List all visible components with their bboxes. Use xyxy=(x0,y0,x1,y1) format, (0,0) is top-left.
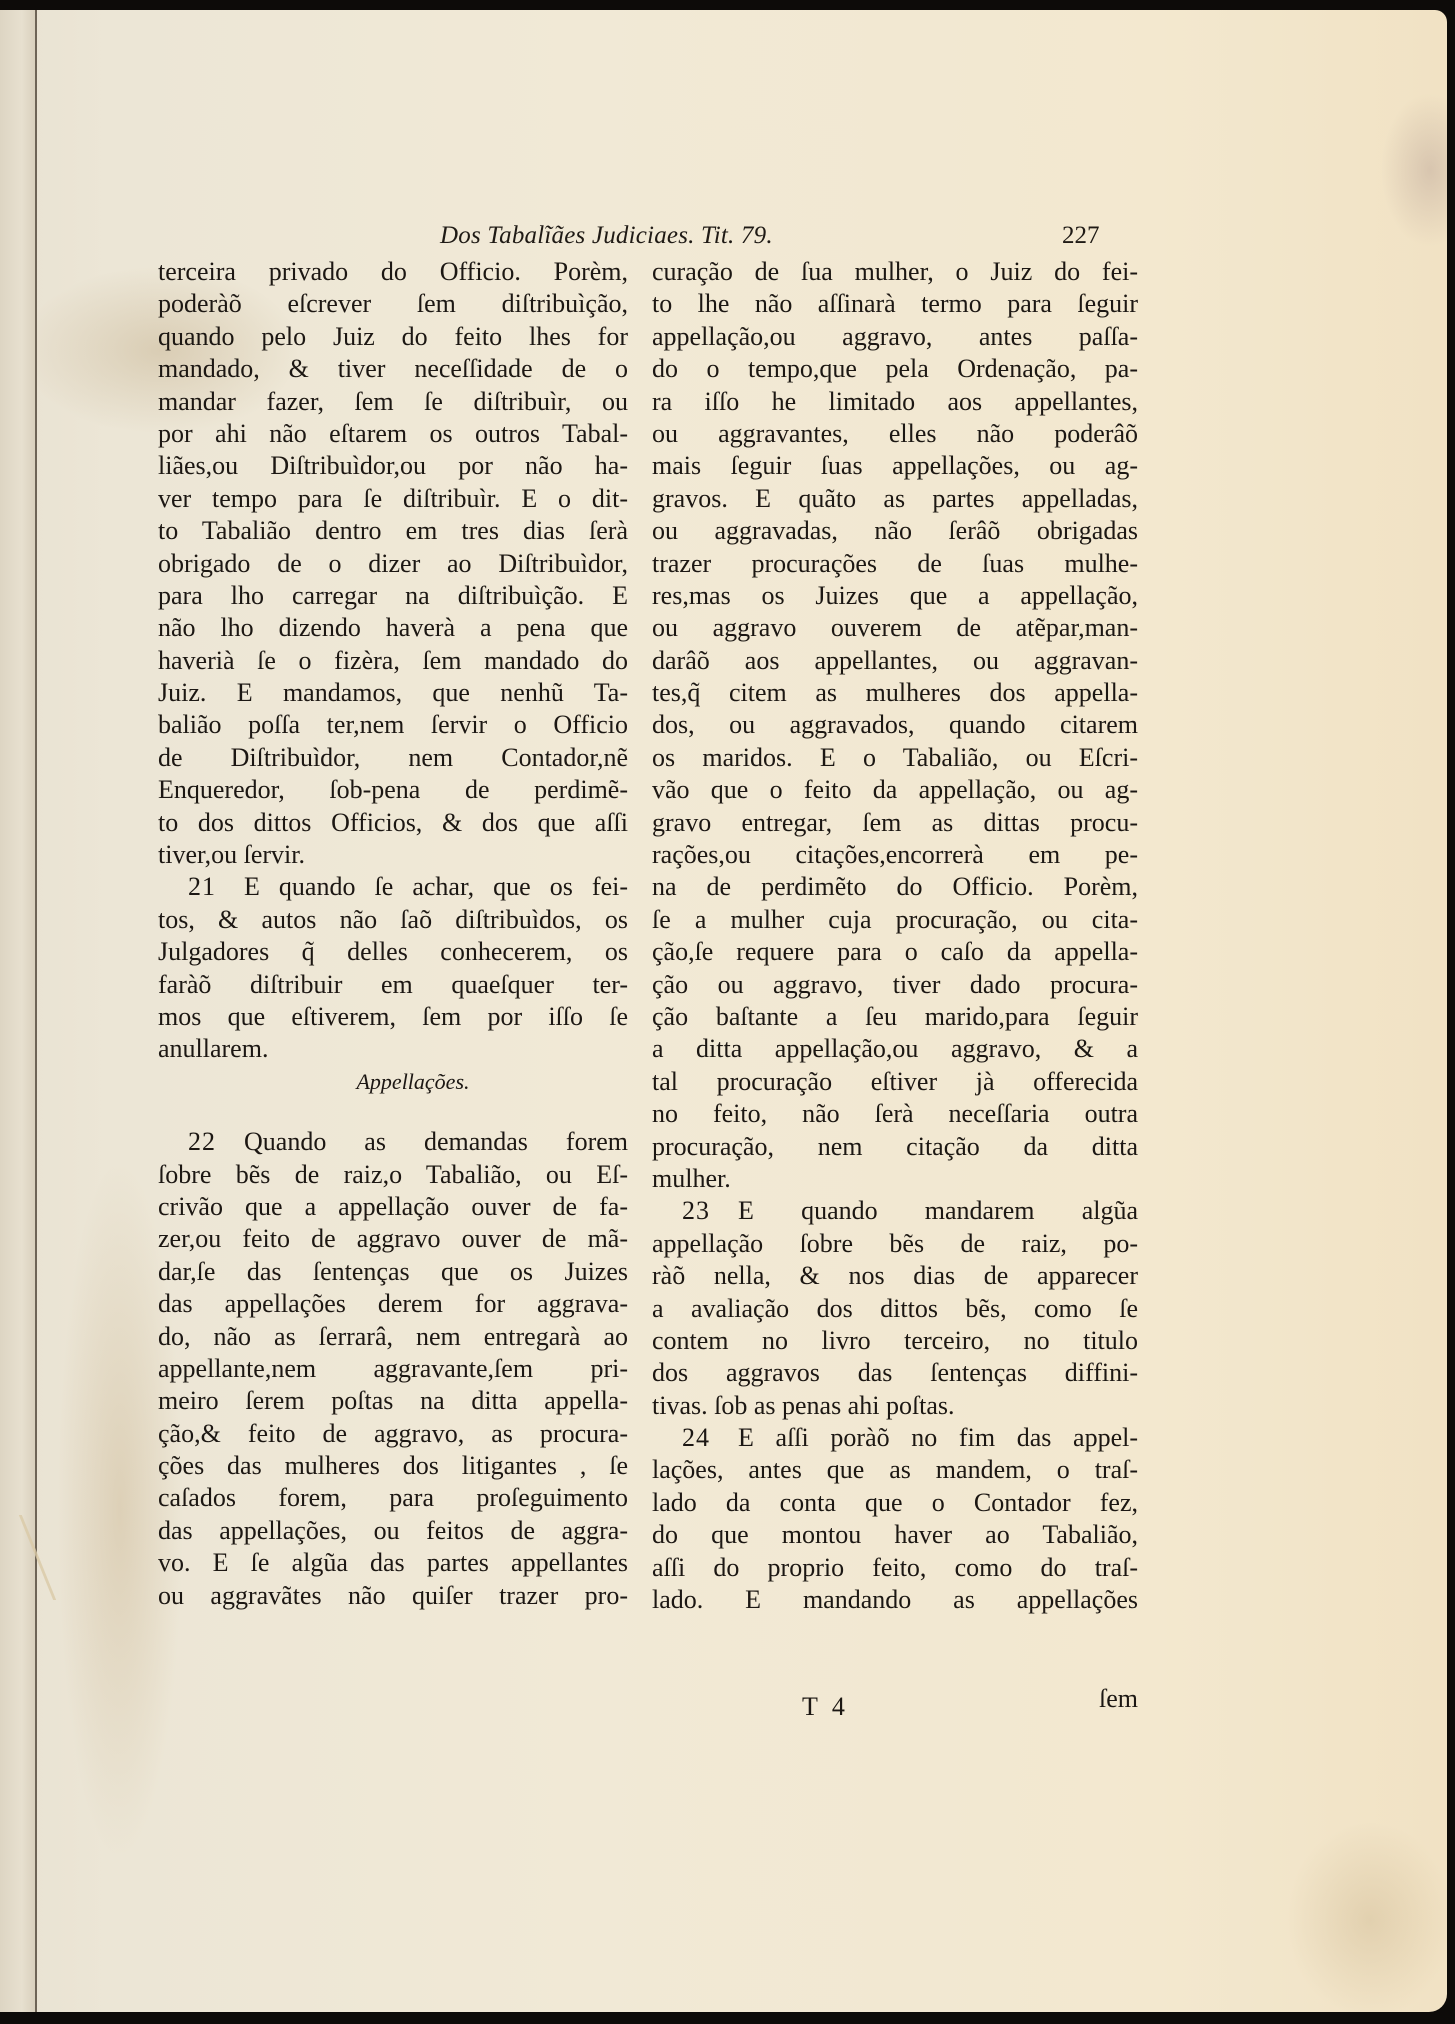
text-line: lado. E mandando as appellações xyxy=(652,1584,1138,1616)
text-line: obrigado de o dizer ao Diſtribuìdor, xyxy=(158,548,628,580)
text-line: na de perdimẽto do Officio. Porèm, xyxy=(652,871,1138,903)
text-line: aſſi do proprio feito, como do traſ- xyxy=(652,1552,1138,1584)
paragraph-number: 21 xyxy=(188,871,244,903)
text-line: ràõ nella, & nos dias de apparecer xyxy=(652,1260,1138,1292)
text-line: Juiz. E mandamos, que nenhũ Ta- xyxy=(158,677,628,709)
text-line: mais ſeguir ſuas appellações, ou ag- xyxy=(652,450,1138,482)
text-line: ção,& feito de aggravo, as procura- xyxy=(158,1418,628,1450)
signature-mark: T 4 xyxy=(802,1692,849,1722)
text-line: no feito, não ſerà neceſſaria outra xyxy=(652,1098,1138,1130)
text-line: tiver,ou ſervir. xyxy=(158,839,628,871)
text-line: appellação,ou aggravo, antes paſſa- xyxy=(652,321,1138,353)
text-line: appellante,nem aggravante,ſem pri- xyxy=(158,1353,628,1385)
text-line: lações, antes que as mandem, o traſ- xyxy=(652,1454,1138,1486)
text-line: ra iſſo he limitado aos appellantes, xyxy=(652,386,1138,418)
text-line: faràõ diſtribuir em quaeſquer ter- xyxy=(158,969,628,1001)
spacer xyxy=(158,1098,628,1126)
text-line: das appellações derem for aggrava- xyxy=(158,1288,628,1320)
text-line: por ahi não eſtarem os outros Tabal- xyxy=(158,418,628,450)
text-line: anullarem. xyxy=(158,1033,628,1065)
text-line: ção ou aggravo, tiver dado procura- xyxy=(652,969,1138,1001)
text-line: ver tempo para ſe diſtribuìr. E o dit- xyxy=(158,483,628,515)
text: E aſſi poràõ no fim das appel- xyxy=(738,1423,1138,1452)
paragraph-24-first-line: 24E aſſi poràõ no fim das appel- xyxy=(652,1422,1138,1454)
text-line: os maridos. E o Tabalião, ou Eſcri- xyxy=(652,742,1138,774)
text-line: dos, ou aggravados, quando citarem xyxy=(652,709,1138,741)
text: E quando mandarem algũa xyxy=(738,1196,1138,1225)
text-line: to dos dittos Officios, & dos que aſſi xyxy=(158,807,628,839)
text-line: das appellações, ou feitos de aggra- xyxy=(158,1515,628,1547)
text-line: vo. E ſe algũa das partes appellantes xyxy=(158,1547,628,1579)
text-line: ou aggravadas, não ſerâõ obrigadas xyxy=(652,515,1138,547)
paragraph-22-first-line: 22Quando as demandas forem xyxy=(158,1126,628,1158)
paragraph-21-first-line: 21E quando ſe achar, que os fei- xyxy=(158,871,628,903)
text-line: to Tabalião dentro em tres dias ſerà xyxy=(158,515,628,547)
page-footer: T 4 ſem xyxy=(652,1690,1138,1730)
text-line: procuração, nem citação da ditta xyxy=(652,1131,1138,1163)
text-line: a ditta appellação,ou aggravo, & a xyxy=(652,1033,1138,1065)
text-line: trazer procurações de ſuas mulhe- xyxy=(652,548,1138,580)
text-line: Julgadores q̃ delles conhecerem, os xyxy=(158,936,628,968)
text-line: tivas. ſob as penas ahi poſtas. xyxy=(652,1390,1138,1422)
paragraph-number: 24 xyxy=(682,1422,738,1454)
text-line: ção,ſe requere para o caſo da appella- xyxy=(652,936,1138,968)
page-number: 227 xyxy=(1062,222,1100,250)
text-line: tes,q̃ citem as mulheres dos appella- xyxy=(652,677,1138,709)
text: E quando ſe achar, que os fei- xyxy=(244,872,628,901)
text-line: do, não as ſerrarâ, nem entregarà ao xyxy=(158,1321,628,1353)
text-line: tal procuração eſtiver jà offerecida xyxy=(652,1066,1138,1098)
text-line: de Diſtribuìdor, nem Contador,nẽ xyxy=(158,742,628,774)
text-line: Enqueredor, ſob-pena de perdimẽ- xyxy=(158,774,628,806)
text-line: meiro ſerem poſtas na ditta appella- xyxy=(158,1385,628,1417)
facing-page-edge xyxy=(0,10,36,2012)
text-line: curação de ſua mulher, o Juiz do fei- xyxy=(652,256,1138,288)
text-line: ção baſtante a ſeu marido,para ſeguir xyxy=(652,1001,1138,1033)
text-line: gravos. E quãto as partes appelladas, xyxy=(652,483,1138,515)
running-head: Dos Tabalĩães Judiciaes. Tit. 79. 227 xyxy=(440,222,1140,258)
text-line: tos, & autos não ſaõ diſtribuìdos, os xyxy=(158,904,628,936)
text-line: zer,ou feito de aggravo ouver de mã- xyxy=(158,1223,628,1255)
text-line: para lho carregar na diſtribuìção. E xyxy=(158,580,628,612)
text-line: dos aggravos das ſentenças diffini- xyxy=(652,1357,1138,1389)
text: Quando as demandas forem xyxy=(244,1127,628,1156)
left-column: terceira privado do Officio. Porèm, pode… xyxy=(158,256,628,1612)
text-line: darâõ aos appellantes, ou aggravan- xyxy=(652,645,1138,677)
text-line: mandar fazer, ſem ſe diſtribuìr, ou xyxy=(158,386,628,418)
text-line: balião poſſa ter,nem ſervir o Officio xyxy=(158,709,628,741)
right-column: curação de ſua mulher, o Juiz do fei- to… xyxy=(652,256,1138,1616)
text-line: terceira privado do Officio. Porèm, xyxy=(158,256,628,288)
text-line: vão que o feito da appellação, ou ag- xyxy=(652,774,1138,806)
gutter-fold xyxy=(35,10,37,2012)
text-line: ſobre bẽs de raiz,o Tabalião, ou Eſ- xyxy=(158,1159,628,1191)
running-head-title: Dos Tabalĩães Judiciaes. Tit. 79. xyxy=(440,222,773,250)
text-line: ou aggravantes, elles não poderâõ xyxy=(652,418,1138,450)
text-line: poderàõ eſcrever ſem diſtribuìção, xyxy=(158,288,628,320)
text-line: a avaliação dos dittos bẽs, como ſe xyxy=(652,1293,1138,1325)
text-line: dar,ſe das ſentenças que os Juizes xyxy=(158,1256,628,1288)
text-line: mulher. xyxy=(652,1163,1138,1195)
text-line: to lhe não aſſinarà termo para ſeguir xyxy=(652,288,1138,320)
text-line: mandado, & tiver neceſſidade de o xyxy=(158,353,628,385)
text-line: ou aggravo ouverem de atẽpar,man- xyxy=(652,612,1138,644)
text-line: res,mas os Juizes que a appellação, xyxy=(652,580,1138,612)
text-line: rações,ou citações,encorrerà em pe- xyxy=(652,839,1138,871)
text-line: não lho dizendo haverà a pena que xyxy=(158,612,628,644)
text-line: caſados forem, para proſeguimento xyxy=(158,1482,628,1514)
paragraph-number: 23 xyxy=(682,1195,738,1227)
text-line: do que montou haver ao Tabalião, xyxy=(652,1519,1138,1551)
text-line: quando pelo Juiz do feito lhes for xyxy=(158,321,628,353)
text-line: liães,ou Diſtribuìdor,ou por não ha- xyxy=(158,450,628,482)
text-line: lado da conta que o Contador fez, xyxy=(652,1487,1138,1519)
text-line: haverià ſe o fizèra, ſem mandado do xyxy=(158,645,628,677)
paragraph-23-first-line: 23E quando mandarem algũa xyxy=(652,1195,1138,1227)
text-line: contem no livro terceiro, no titulo xyxy=(652,1325,1138,1357)
text-line: do o tempo,que pela Ordenação, pa- xyxy=(652,353,1138,385)
catchword: ſem xyxy=(1099,1684,1138,1714)
text-line: mos que eſtiverem, ſem por iſſo ſe xyxy=(158,1001,628,1033)
text-line: crivão que a appellação ouver de fa- xyxy=(158,1191,628,1223)
text-line: ſe a mulher cuja procuração, ou cita- xyxy=(652,904,1138,936)
text-line: gravo entregar, ſem as dittas procu- xyxy=(652,807,1138,839)
text-line: appellação ſobre bẽs de raiz, po- xyxy=(652,1228,1138,1260)
text-line: ou aggravãtes não quiſer trazer pro- xyxy=(158,1580,628,1612)
paragraph-number: 22 xyxy=(188,1126,244,1158)
text-line: ções das mulheres dos litigantes , ſe xyxy=(158,1450,628,1482)
section-heading: Appellações. xyxy=(158,1066,628,1098)
